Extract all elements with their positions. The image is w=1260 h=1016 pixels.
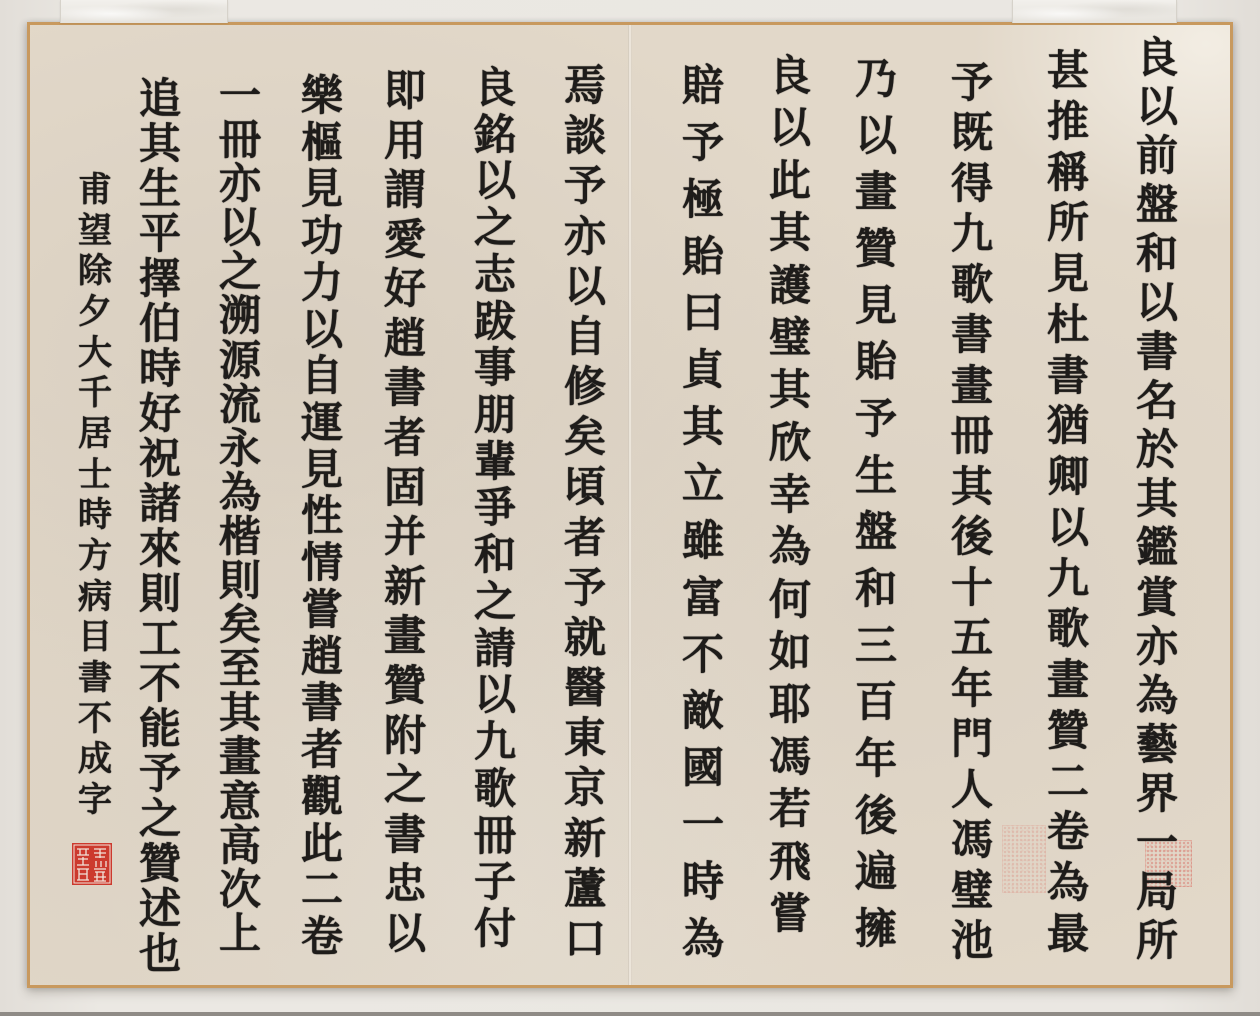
- calligraphy-column: 即用謂愛好趙書者固并新畫贊附之書忠以: [377, 70, 433, 955]
- calligraphy-character: 樞: [301, 122, 343, 164]
- calligraphy-character: 推: [1047, 101, 1089, 143]
- calligraphy-character: 界: [1136, 773, 1178, 815]
- album-leaf: 焉談予亦以自修矣頃者予就醫東京新蘆口 良銘以之志跋事朋輩爭和之請以九歌冊子付 即…: [27, 22, 1233, 988]
- calligraphy-character: 九: [951, 213, 993, 255]
- calligraphy-character: 和: [855, 568, 897, 610]
- calligraphy-character: 謂: [384, 169, 426, 211]
- calligraphy-character: 焉: [564, 65, 606, 107]
- calligraphy-character: 至: [219, 648, 261, 690]
- calligraphy-column: 良以此其護璧其欣幸為何如耶馮若飛嘗: [762, 55, 818, 935]
- calligraphy-character: 用: [384, 120, 426, 162]
- calligraphy-character: 矣: [564, 416, 606, 458]
- artist-seal-icon: [72, 843, 112, 885]
- calligraphy-character: 生: [855, 455, 897, 497]
- calligraphy-character: 馮: [769, 736, 811, 778]
- calligraphy-character: 飛: [769, 841, 811, 883]
- calligraphy-character: 以: [219, 207, 261, 249]
- calligraphy-character: 此: [769, 160, 811, 202]
- calligraphy-character: 功: [301, 215, 343, 257]
- calligraphy-character: 愛: [384, 219, 426, 261]
- hinge-tape-right: [1012, 0, 1177, 23]
- signature-inscription: 甫望除夕大千居士時方病目書不成字: [67, 173, 123, 817]
- calligraphy-character: 池: [951, 920, 993, 962]
- calligraphy-character: 璧: [951, 870, 993, 912]
- calligraphy-character: 士: [78, 458, 112, 492]
- calligraphy-character: 和: [1136, 233, 1178, 275]
- calligraphy-character: 修: [564, 366, 606, 408]
- calligraphy-character: 口: [564, 918, 606, 960]
- calligraphy-character: 楷: [219, 516, 261, 558]
- calligraphy-character: 書: [384, 814, 426, 856]
- calligraphy-character: 趙: [301, 636, 343, 678]
- calligraphy-character: 予: [139, 753, 181, 795]
- calligraphy-character: 見: [1047, 253, 1089, 295]
- calligraphy-character: 其: [951, 466, 993, 508]
- calligraphy-character: 趙: [384, 318, 426, 360]
- calligraphy-character: 即: [384, 70, 426, 112]
- calligraphy-character: 東: [564, 717, 606, 759]
- calligraphy-character: 貽: [682, 236, 724, 278]
- calligraphy-character: 也: [139, 933, 181, 975]
- calligraphy-character: 畫: [1047, 659, 1089, 701]
- calligraphy-character: 者: [564, 517, 606, 559]
- calligraphy-character: 良: [1136, 37, 1178, 79]
- calligraphy-character: 方: [78, 539, 112, 573]
- calligraphy-character: 護: [769, 265, 811, 307]
- calligraphy-character: 人: [951, 769, 993, 811]
- calligraphy-character: 予: [855, 398, 897, 440]
- hinge-tape-left: [60, 0, 228, 23]
- calligraphy-character: 忠: [384, 863, 426, 905]
- calligraphy-character: 志: [474, 254, 516, 296]
- calligraphy-character: 前: [1136, 135, 1178, 177]
- calligraphy-character: 於: [1136, 429, 1178, 471]
- calligraphy-character: 貞: [682, 349, 724, 391]
- calligraphy-character: 後: [855, 795, 897, 837]
- calligraphy-character: 來: [139, 528, 181, 570]
- calligraphy-character: 一: [682, 804, 724, 846]
- calligraphy-character: 以: [301, 309, 343, 351]
- calligraphy-character: 亦: [219, 163, 261, 205]
- calligraphy-character: 冊: [219, 119, 261, 161]
- calligraphy-character: 平: [139, 213, 181, 255]
- calligraphy-character: 歌: [951, 264, 993, 306]
- calligraphy-character: 畫: [855, 171, 897, 213]
- calligraphy-character: 良: [474, 67, 516, 109]
- calligraphy-character: 嘗: [769, 893, 811, 935]
- calligraphy-character: 為: [1047, 862, 1089, 904]
- calligraphy-character: 銘: [474, 114, 516, 156]
- center-fold: [628, 25, 632, 985]
- calligraphy-character: 書: [1047, 355, 1089, 397]
- calligraphy-character: 一: [219, 75, 261, 117]
- calligraphy-character: 就: [564, 617, 606, 659]
- calligraphy-character: 者: [384, 417, 426, 459]
- calligraphy-character: 能: [139, 708, 181, 750]
- calligraphy-character: 附: [384, 715, 426, 757]
- calligraphy-character: 雖: [682, 520, 724, 562]
- calligraphy-character: 永: [219, 428, 261, 470]
- calligraphy-character: 藝: [1136, 724, 1178, 766]
- calligraphy-character: 朋: [474, 394, 516, 436]
- calligraphy-column: 一冊亦以之溯源流永為楷則矣至其畫意高次上: [212, 75, 268, 955]
- calligraphy-character: 自: [564, 316, 606, 358]
- calligraphy-character: 書: [384, 367, 426, 409]
- calligraphy-character: 立: [682, 463, 724, 505]
- calligraphy-character: 畫: [219, 736, 261, 778]
- calligraphy-character: 之: [474, 581, 516, 623]
- calligraphy-character: 最: [1047, 913, 1089, 955]
- calligraphy-character: 以: [474, 160, 516, 202]
- calligraphy-character: 其: [769, 212, 811, 254]
- calligraphy-character: 予: [682, 122, 724, 164]
- calligraphy-character: 予: [951, 62, 993, 104]
- calligraphy-character: 予: [564, 165, 606, 207]
- calligraphy-character: 畫: [951, 365, 993, 407]
- calligraphy-character: 贊: [384, 665, 426, 707]
- calligraphy-character: 擁: [855, 908, 897, 950]
- calligraphy-character: 時: [78, 498, 112, 532]
- calligraphy-character: 為: [1136, 675, 1178, 717]
- calligraphy-character: 局: [1136, 871, 1178, 913]
- calligraphy-character: 敵: [682, 690, 724, 732]
- calligraphy-character: 頃: [564, 466, 606, 508]
- calligraphy-character: 爭: [474, 487, 516, 529]
- calligraphy-character: 冊: [474, 815, 516, 857]
- calligraphy-character: 其: [682, 406, 724, 448]
- calligraphy-character: 盤: [1136, 184, 1178, 226]
- calligraphy-character: 卷: [1047, 811, 1089, 853]
- calligraphy-character: 固: [384, 467, 426, 509]
- calligraphy-character: 溯: [219, 295, 261, 337]
- calligraphy-character: 病: [78, 580, 112, 614]
- calligraphy-character: 此: [301, 823, 343, 865]
- calligraphy-character: 年: [855, 738, 897, 780]
- calligraphy-column: 追其生平擇伯時好祝諸來則工不能予之贊述也: [132, 78, 188, 975]
- calligraphy-character: 者: [301, 729, 343, 771]
- calligraphy-character: 贊: [855, 228, 897, 270]
- calligraphy-character: 九: [1047, 558, 1089, 600]
- calligraphy-character: 門: [951, 718, 993, 760]
- calligraphy-character: 意: [219, 781, 261, 823]
- calligraphy-character: 為: [769, 526, 811, 568]
- calligraphy-character: 之: [474, 207, 516, 249]
- calligraphy-character: 耶: [769, 684, 811, 726]
- calligraphy-character: 源: [219, 340, 261, 382]
- calligraphy-character: 如: [769, 631, 811, 673]
- calligraphy-character: 曰: [682, 292, 724, 334]
- calligraphy-character: 百: [855, 681, 897, 723]
- calligraphy-character: 和: [474, 534, 516, 576]
- calligraphy-character: 璧: [769, 317, 811, 359]
- calligraphy-character: 上: [219, 913, 261, 955]
- calligraphy-character: 富: [682, 577, 724, 619]
- calligraphy-character: 矣: [219, 604, 261, 646]
- calligraphy-character: 時: [139, 348, 181, 390]
- calligraphy-character: 得: [951, 163, 993, 205]
- calligraphy-character: 以: [769, 107, 811, 149]
- calligraphy-character: 輩: [474, 441, 516, 483]
- calligraphy-character: 年: [951, 668, 993, 710]
- calligraphy-character: 亦: [1136, 626, 1178, 668]
- calligraphy-character: 何: [769, 579, 811, 621]
- calligraphy-column: 賠予極貽曰貞其立雖富不敵國一時為: [675, 65, 731, 960]
- calligraphy-column: 予既得九歌書畫冊其後十五年門人馮璧池: [944, 62, 1000, 962]
- calligraphy-character: 後: [951, 516, 993, 558]
- calligraphy-character: 好: [384, 268, 426, 310]
- calligraphy-character: 鑑: [1136, 527, 1178, 569]
- calligraphy-character: 五: [951, 617, 993, 659]
- calligraphy-character: 生: [139, 168, 181, 210]
- calligraphy-character: 見: [301, 449, 343, 491]
- calligraphy-character: 新: [564, 818, 606, 860]
- calligraphy-character: 甫: [78, 173, 112, 207]
- calligraphy-column: 乃以畫贊見貽予生盤和三百年後遍擁: [848, 58, 904, 950]
- calligraphy-character: 其: [1136, 478, 1178, 520]
- calligraphy-character: 京: [564, 767, 606, 809]
- calligraphy-character: 伯: [139, 303, 181, 345]
- calligraphy-character: 望: [78, 214, 112, 248]
- calligraphy-column: 良銘以之志跋事朋輩爭和之請以九歌冊子付: [467, 67, 523, 950]
- calligraphy-character: 盤: [855, 511, 897, 553]
- calligraphy-character: 好: [139, 393, 181, 435]
- calligraphy-character: 以: [1136, 86, 1178, 128]
- calligraphy-character: 貽: [855, 341, 897, 383]
- calligraphy-character: 卿: [1047, 456, 1089, 498]
- calligraphy-character: 予: [564, 567, 606, 609]
- calligraphy-character: 乃: [855, 58, 897, 100]
- calligraphy-character: 跋: [474, 301, 516, 343]
- calligraphy-character: 良: [769, 55, 811, 97]
- calligraphy-character: 字: [78, 783, 112, 817]
- calligraphy-character: 以: [474, 674, 516, 716]
- calligraphy-character: 卷: [301, 916, 343, 958]
- calligraphy-character: 極: [682, 179, 724, 221]
- calligraphy-character: 見: [301, 168, 343, 210]
- calligraphy-character: 既: [951, 112, 993, 154]
- calligraphy-character: 賞: [1136, 577, 1178, 619]
- calligraphy-character: 甚: [1047, 50, 1089, 92]
- calligraphy-character: 二: [1047, 761, 1089, 803]
- calligraphy-character: 幸: [769, 474, 811, 516]
- calligraphy-character: 以: [384, 913, 426, 955]
- calligraphy-character: 追: [139, 78, 181, 120]
- calligraphy-character: 擇: [139, 258, 181, 300]
- calligraphy-column: 良以前盤和以書名於其鑑賞亦為藝界一局所: [1129, 37, 1185, 962]
- calligraphy-character: 不: [139, 663, 181, 705]
- calligraphy-character: 談: [564, 115, 606, 157]
- calligraphy-character: 不: [682, 634, 724, 676]
- calligraphy-character: 之: [139, 798, 181, 840]
- calligraphy-character: 工: [139, 618, 181, 660]
- calligraphy-character: 之: [219, 251, 261, 293]
- calligraphy-character: 一: [1136, 822, 1178, 864]
- calligraphy-character: 冊: [951, 415, 993, 457]
- calligraphy-character: 以: [1047, 507, 1089, 549]
- calligraphy-character: 之: [384, 764, 426, 806]
- calligraphy-character: 樂: [301, 75, 343, 117]
- calligraphy-character: 以: [1136, 282, 1178, 324]
- calligraphy-character: 亦: [564, 216, 606, 258]
- calligraphy-character: 為: [682, 918, 724, 960]
- calligraphy-column: 樂樞見功力以自運見性情嘗趙書者觀此二卷: [294, 75, 350, 958]
- calligraphy-character: 為: [219, 472, 261, 514]
- calligraphy-character: 欣: [769, 422, 811, 464]
- calligraphy-character: 高: [219, 825, 261, 867]
- right-page: 良以前盤和以書名於其鑑賞亦為藝界一局所 甚推稱所見杜書猶卿以九歌畫贊二卷為最 予…: [630, 25, 1230, 985]
- calligraphy-character: 書: [78, 661, 112, 695]
- calligraphy-column: 焉談予亦以自修矣頃者予就醫東京新蘆口: [557, 65, 613, 960]
- calligraphy-character: 十: [951, 567, 993, 609]
- calligraphy-character: 贊: [139, 843, 181, 885]
- calligraphy-character: 除: [78, 254, 112, 288]
- calligraphy-character: 述: [139, 888, 181, 930]
- calligraphy-character: 次: [219, 869, 261, 911]
- calligraphy-character: 事: [474, 347, 516, 389]
- calligraphy-character: 以: [855, 115, 897, 157]
- calligraphy-character: 則: [139, 573, 181, 615]
- calligraphy-character: 不: [78, 702, 112, 736]
- calligraphy-character: 觀: [301, 776, 343, 818]
- calligraphy-character: 請: [474, 628, 516, 670]
- left-page: 焉談予亦以自修矣頃者予就醫東京新蘆口 良銘以之志跋事朋輩爭和之請以九歌冊子付 即…: [30, 25, 630, 985]
- calligraphy-character: 其: [219, 692, 261, 734]
- calligraphy-character: 所: [1047, 202, 1089, 244]
- calligraphy-character: 猶: [1047, 405, 1089, 447]
- calligraphy-character: 嘗: [301, 589, 343, 631]
- calligraphy-character: 醫: [564, 667, 606, 709]
- calligraphy-character: 諸: [139, 483, 181, 525]
- calligraphy-character: 見: [855, 285, 897, 327]
- calligraphy-character: 賠: [682, 65, 724, 107]
- calligraphy-character: 畫: [384, 615, 426, 657]
- calligraphy-character: 付: [474, 908, 516, 950]
- calligraphy-character: 名: [1136, 380, 1178, 422]
- calligraphy-character: 并: [384, 516, 426, 558]
- calligraphy-character: 三: [855, 625, 897, 667]
- calligraphy-character: 馮: [951, 819, 993, 861]
- calligraphy-character: 子: [474, 861, 516, 903]
- calligraphy-character: 歌: [1047, 608, 1089, 650]
- calligraphy-character: 書: [951, 314, 993, 356]
- calligraphy-character: 遍: [855, 851, 897, 893]
- calligraphy-character: 夕: [78, 295, 112, 329]
- calligraphy-character: 所: [1136, 920, 1178, 962]
- calligraphy-character: 力: [301, 262, 343, 304]
- calligraphy-character: 杜: [1047, 304, 1089, 346]
- calligraphy-character: 則: [219, 560, 261, 602]
- calligraphy-character: 歌: [474, 768, 516, 810]
- calligraphy-character: 時: [682, 861, 724, 903]
- calligraphy-character: 贊: [1047, 710, 1089, 752]
- calligraphy-character: 以: [564, 266, 606, 308]
- calligraphy-character: 流: [219, 384, 261, 426]
- calligraphy-character: 九: [474, 721, 516, 763]
- calligraphy-character: 自: [301, 355, 343, 397]
- calligraphy-character: 運: [301, 402, 343, 444]
- calligraphy-character: 目: [78, 620, 112, 654]
- calligraphy-character: 居: [78, 417, 112, 451]
- calligraphy-character: 新: [384, 566, 426, 608]
- calligraphy-character: 性: [301, 495, 343, 537]
- calligraphy-character: 大: [78, 336, 112, 370]
- calligraphy-character: 若: [769, 788, 811, 830]
- calligraphy-character: 書: [301, 682, 343, 724]
- calligraphy-character: 成: [78, 742, 112, 776]
- calligraphy-character: 稱: [1047, 152, 1089, 194]
- calligraphy-character: 祝: [139, 438, 181, 480]
- calligraphy-character: 其: [139, 123, 181, 165]
- calligraphy-character: 其: [769, 369, 811, 411]
- calligraphy-character: 千: [78, 376, 112, 410]
- calligraphy-column: 甚推稱所見杜書猶卿以九歌畫贊二卷為最: [1040, 50, 1096, 955]
- calligraphy-character: 國: [682, 747, 724, 789]
- calligraphy-character: 書: [1136, 331, 1178, 373]
- bottom-edge-strip: [0, 1012, 1260, 1016]
- calligraphy-character: 二: [301, 869, 343, 911]
- calligraphy-character: 蘆: [564, 868, 606, 910]
- calligraphy-character: 情: [301, 542, 343, 584]
